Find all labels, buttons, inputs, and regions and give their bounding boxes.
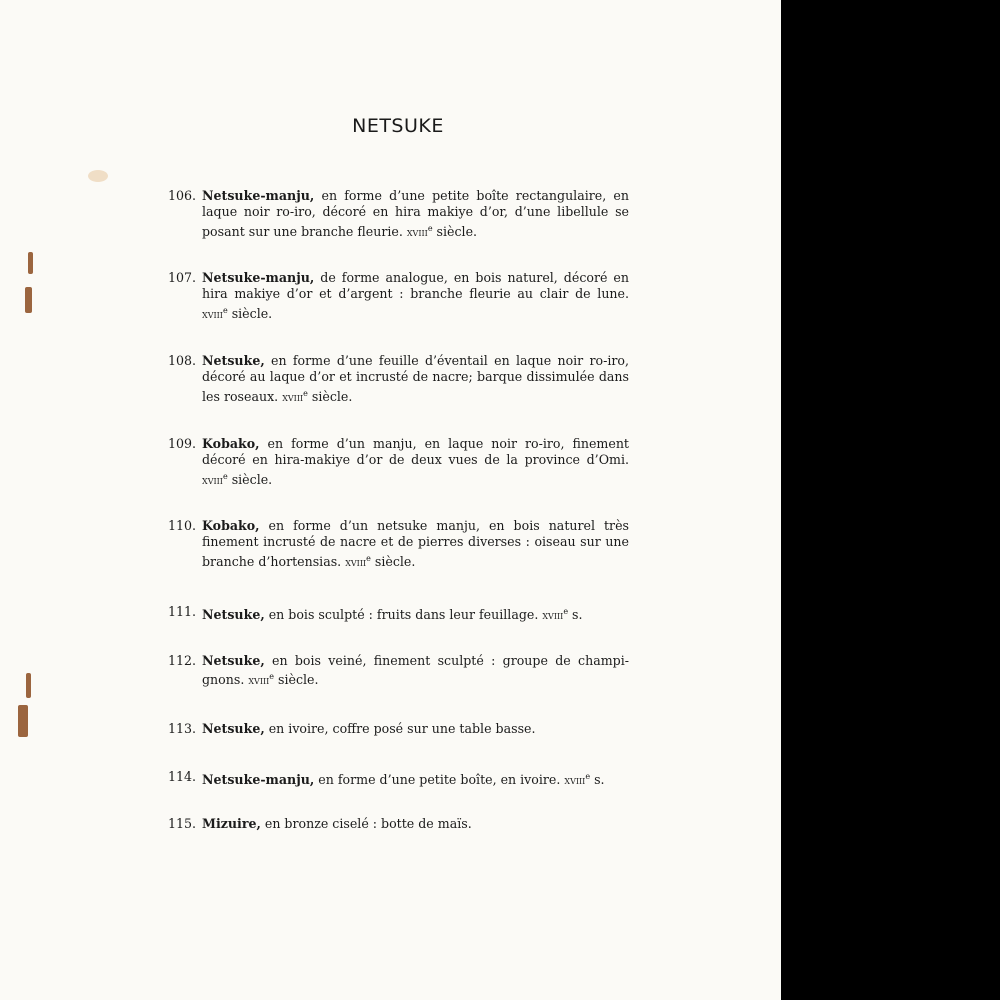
lot-title: Netsuke-manju, <box>202 270 314 285</box>
lot-title: Netsuke, <box>202 653 265 668</box>
lot-number: 114. <box>168 769 196 785</box>
lot-suffix: s. <box>590 772 604 787</box>
lot-description: en forme d’un netsuke manju, en bois nat… <box>202 518 629 569</box>
lot-description: en bois sculpté : fruits dans leur feuil… <box>265 607 543 622</box>
staple-rust-mark <box>18 705 28 737</box>
lot-title: Kobako, <box>202 436 260 451</box>
lot-suffix: siècle. <box>433 224 477 239</box>
lot-century: xviii <box>564 773 585 787</box>
lot-title: Netsuke-manju, <box>202 188 314 203</box>
lot-century: xviii <box>202 473 223 487</box>
lot-number: 115. <box>168 816 196 832</box>
lot-description: en forme d’une petite boîte, en ivoire. <box>314 772 564 787</box>
lot-title: Mizuire, <box>202 816 261 831</box>
lot-number: 109. <box>168 436 196 452</box>
paper-stain <box>88 170 108 182</box>
catalog-entry: 115.Mizuire, en bronze ciselé : botte de… <box>168 816 629 832</box>
lot-title: Netsuke, <box>202 721 265 736</box>
lot-description: en bronze ciselé : botte de maïs. <box>261 816 472 831</box>
lot-suffix: siècle. <box>228 472 272 487</box>
lot-title: Kobako, <box>202 518 260 533</box>
catalog-entry: 108.Netsuke, en forme d’une feuille d’év… <box>168 353 629 405</box>
lot-title: Netsuke, <box>202 607 265 622</box>
catalog-entry: 113.Netsuke, en ivoire, coffre posé sur … <box>168 721 629 737</box>
lot-suffix: siècle. <box>228 306 272 321</box>
lot-title: Netsuke-manju, <box>202 772 314 787</box>
lot-century: xviii <box>282 390 303 404</box>
staple-rust-mark <box>25 287 32 313</box>
lot-description: en forme d’un manju, en laque noir ro-ir… <box>202 436 629 467</box>
lot-number: 106. <box>168 188 196 204</box>
catalog-entry: 109.Kobako, en forme d’un manju, en laqu… <box>168 436 629 488</box>
lot-description: en forme d’une feuille d’éventail en laq… <box>202 353 629 404</box>
staple-rust-mark <box>28 252 33 274</box>
catalog-page: NETSUKE 106.Netsuke-manju, en forme d’un… <box>0 0 781 1000</box>
catalog-entry: 110.Kobako, en forme d’un netsuke manju,… <box>168 518 629 570</box>
section-heading: NETSUKE <box>0 115 796 137</box>
lot-century: xviii <box>407 225 428 239</box>
lot-suffix: siècle. <box>308 389 352 404</box>
staple-rust-mark <box>26 673 31 698</box>
catalog-entry: 107.Netsuke-manju, de forme analogue, en… <box>168 270 629 322</box>
lot-number: 111. <box>168 604 196 620</box>
lot-number: 113. <box>168 721 196 737</box>
lot-description: en ivoire, coffre posé sur une table bas… <box>265 721 536 736</box>
lot-number: 110. <box>168 518 196 534</box>
catalog-entry: 106.Netsuke-manju, en forme d’une petite… <box>168 188 629 240</box>
catalog-entry: 114.Netsuke-manju, en forme d’une petite… <box>168 769 629 788</box>
lot-century: xviii <box>202 307 223 321</box>
catalog-entry: 111.Netsuke, en bois sculpté : fruits da… <box>168 604 629 623</box>
lot-suffix: s. <box>568 607 582 622</box>
lot-title: Netsuke, <box>202 353 265 368</box>
lot-century: xviii <box>248 673 269 687</box>
lot-suffix: siècle. <box>274 672 318 687</box>
lot-century: xviii <box>345 555 366 569</box>
lot-suffix: siècle. <box>371 554 415 569</box>
catalog-entry: 112.Netsuke, en bois veiné, finement scu… <box>168 653 629 689</box>
lot-number: 108. <box>168 353 196 369</box>
lot-century: xviii <box>542 608 563 622</box>
lot-number: 112. <box>168 653 196 669</box>
lot-number: 107. <box>168 270 196 286</box>
